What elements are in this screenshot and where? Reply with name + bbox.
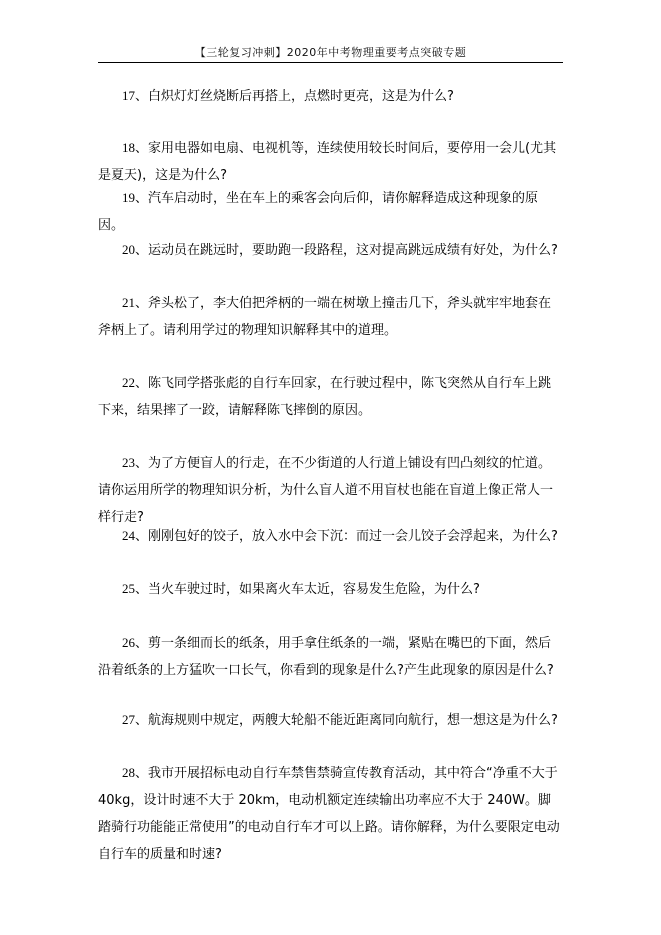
question-23: 23、为了方便盲人的行走，在不少街道的人行道上铺设有凹凸刻纹的忙道。请你运用所学… bbox=[98, 449, 563, 531]
question-number: 19 bbox=[122, 190, 135, 205]
question-separator: 、 bbox=[135, 243, 148, 258]
question-number: 18 bbox=[122, 140, 135, 155]
question-text: 当火车驶过时，如果离火车太近，容易发生危险，为什么? bbox=[148, 582, 480, 597]
question-separator: 、 bbox=[135, 529, 148, 544]
question-separator: 、 bbox=[135, 582, 148, 597]
question-27: 27、航海规则中规定，两艘大轮船不能近距离同向航行，想一想这是为什么? bbox=[98, 706, 563, 734]
question-text: 汽车启动时，坐在车上的乘客会向后仰，请你解释造成这种现象的原因。 bbox=[98, 191, 538, 233]
question-24: 24、刚刚包好的饺子，放入水中会下沉：而过一会儿饺子会浮起来，为什么? bbox=[98, 522, 563, 550]
question-18: 18、家用电器如电扇、电视机等，连续使用较长时间后，要停用一会儿(尤其是夏天)，… bbox=[98, 134, 563, 189]
question-separator: 、 bbox=[135, 636, 148, 651]
question-number: 24 bbox=[122, 528, 135, 543]
question-separator: 、 bbox=[135, 191, 148, 206]
page-header: 【三轮复习冲刺】2020年中考物理重要考点突破专题 bbox=[98, 44, 563, 60]
question-text: 刚刚包好的饺子，放入水中会下沉：而过一会儿饺子会浮起来，为什么? bbox=[148, 529, 558, 544]
question-19: 19、汽车启动时，坐在车上的乘客会向后仰，请你解释造成这种现象的原因。 bbox=[98, 184, 563, 239]
question-separator: 、 bbox=[135, 296, 148, 311]
question-text: 白炽灯灯丝烧断后再搭上，点燃时更亮，这是为什么? bbox=[148, 89, 454, 104]
document-page: 【三轮复习冲刺】2020年中考物理重要考点突破专题 17、白炽灯灯丝烧断后再搭上… bbox=[0, 0, 661, 935]
question-separator: 、 bbox=[135, 456, 148, 471]
question-text: 运动员在跳远时，要助跑一段路程，这对提高跳远成绩有好处，为什么? bbox=[148, 243, 558, 258]
question-21: 21、斧头松了，李大伯把斧柄的一端在树墩上撞击几下，斧头就牢牢地套在斧柄上了。请… bbox=[98, 289, 563, 344]
question-text: 我市开展招标电动自行车禁售禁骑宣传教育活动，其中符合“净重不大于 40kg，设计… bbox=[98, 766, 560, 862]
question-17: 17、白炽灯灯丝烧断后再搭上，点燃时更亮，这是为什么? bbox=[98, 82, 563, 110]
question-number: 22 bbox=[122, 375, 135, 390]
question-22: 22、陈飞同学搭张彪的自行车回家，在行驶过程中，陈飞突然从自行车上跳下来，结果摔… bbox=[98, 369, 563, 424]
question-text: 家用电器如电扇、电视机等，连续使用较长时间后，要停用一会儿(尤其是夏天)，这是为… bbox=[98, 141, 556, 183]
question-26: 26、剪一条细而长的纸条，用手拿住纸条的一端，紧贴在嘴巴的下面，然后沿着纸条的上… bbox=[98, 629, 563, 684]
question-text: 剪一条细而长的纸条，用手拿住纸条的一端，紧贴在嘴巴的下面，然后沿着纸条的上方猛吹… bbox=[98, 636, 554, 678]
question-number: 20 bbox=[122, 242, 135, 257]
question-number: 28 bbox=[122, 765, 135, 780]
question-text: 为了方便盲人的行走，在不少街道的人行道上铺设有凹凸刻纹的忙道。请你运用所学的物理… bbox=[98, 456, 553, 525]
question-number: 23 bbox=[122, 455, 135, 470]
question-text: 斧头松了，李大伯把斧柄的一端在树墩上撞击几下，斧头就牢牢地套在斧柄上了。请利用学… bbox=[98, 296, 551, 338]
question-separator: 、 bbox=[135, 713, 148, 728]
question-25: 25、当火车驶过时，如果离火车太近，容易发生危险，为什么? bbox=[98, 575, 563, 603]
question-number: 26 bbox=[122, 635, 135, 650]
question-number: 27 bbox=[122, 712, 135, 727]
question-text: 陈飞同学搭张彪的自行车回家，在行驶过程中，陈飞突然从自行车上跳下来，结果摔了一跤… bbox=[98, 376, 551, 418]
question-number: 21 bbox=[122, 295, 135, 310]
question-28: 28、我市开展招标电动自行车禁售禁骑宣传教育活动，其中符合“净重不大于 40kg… bbox=[98, 759, 563, 868]
header-divider bbox=[98, 62, 563, 63]
question-number: 17 bbox=[122, 88, 135, 103]
question-text: 航海规则中规定，两艘大轮船不能近距离同向航行，想一想这是为什么? bbox=[148, 713, 558, 728]
question-number: 25 bbox=[122, 581, 135, 596]
question-separator: 、 bbox=[135, 89, 148, 104]
question-separator: 、 bbox=[135, 141, 148, 156]
question-20: 20、运动员在跳远时，要助跑一段路程，这对提高跳远成绩有好处，为什么? bbox=[98, 236, 563, 264]
question-separator: 、 bbox=[135, 766, 148, 781]
question-separator: 、 bbox=[135, 376, 148, 391]
